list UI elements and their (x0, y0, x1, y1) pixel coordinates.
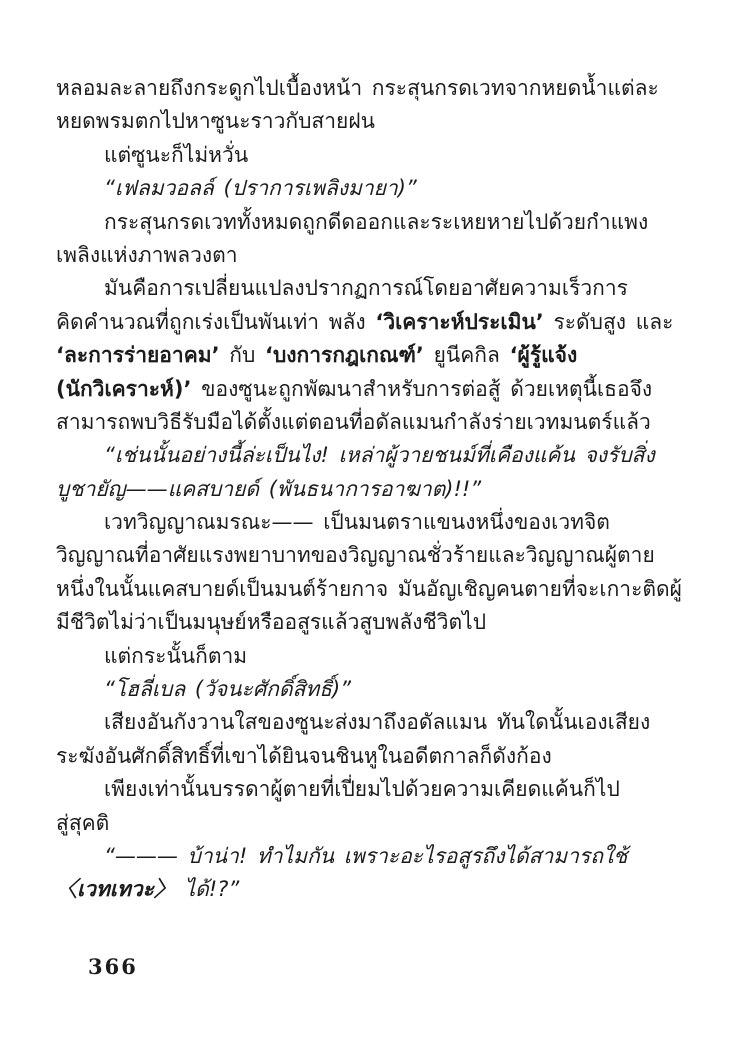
incantation-line: “เช่นนั้นอย่างนี้ล่ะเป็นไง! เหล่าผู้วายช… (56, 439, 654, 472)
text-segment: ยูนีคกิล (424, 343, 510, 367)
text-segment: ของซูนะถูกพัฒนาสำหรับการต่อสู้ ด้วยเหตุน… (191, 377, 652, 401)
page-number: 366 (88, 954, 138, 979)
skill-name: ‘ผู้รู้แจ้ง (510, 343, 578, 367)
text-segment: ระดับสูง และ (544, 310, 674, 334)
text-line: สามารถพบวิธีรับมือได้ตั้งแต่ตอนที่อดัลแม… (56, 406, 654, 439)
skill-name: ‘วิเคราะห์ประเมิน’ (375, 310, 543, 334)
book-page: หลอมละลายถึงกระดูกไปเบื้องหน้า กระสุนกรด… (0, 0, 738, 1051)
skill-name: ‘บงการกฎเกณฑ์’ (265, 343, 424, 367)
dialogue-line: 〈เวทเทวะ〉 ได้!?” (56, 873, 654, 906)
text-line: เพลิงแห่งภาพลวงตา (56, 239, 654, 272)
dialogue-line: “——— บ้าน่า! ทำไมกัน เพราะอะไรอสูรถึงได้… (56, 840, 654, 873)
text-line: กระสุนกรดเวททั้งหมดถูกดีดออกและระเหยหายไ… (56, 206, 654, 239)
incantation-line: บูชายัญ——แคสบายด์ (พันธนาการอาฆาต)!!” (56, 473, 654, 506)
text-line: วิญญาณที่อาศัยแรงพยาบาทของวิญญาณชั่วร้าย… (56, 539, 654, 572)
incantation-line: “เฟลมวอลล์ (ปราการเพลิงมายา)” (56, 172, 654, 205)
text-line: หนึ่งในนั้นแคสบายด์เป็นมนต์ร้ายกาจ มันอั… (56, 573, 654, 606)
body-text: หลอมละลายถึงกระดูกไปเบื้องหน้า กระสุนกรด… (56, 72, 654, 907)
text-line: แต่ซูนะก็ไม่หวั่น (56, 139, 654, 172)
text-line: หยดพรมตกไปหาซูนะราวกับสายฝน (56, 105, 654, 138)
text-segment: กับ (220, 343, 265, 367)
incantation-line: “โฮลี่เบล (วัจนะศักดิ์สิทธิ์)” (56, 673, 654, 706)
text-line: (นักวิเคราะห์)’ ของซูนะถูกพัฒนาสำหรับการ… (56, 373, 654, 406)
skill-name: ‘ละการร่ายอาคม’ (56, 343, 220, 367)
text-line: มีชีวิตไม่ว่าเป็นมนุษย์หรืออสูรแล้วสูบพล… (56, 606, 654, 639)
text-line: สู่สุคติ (56, 807, 654, 840)
text-line: เวทวิญญาณมรณะ—— เป็นมนตราแขนงหนึ่งของเวท… (56, 506, 654, 539)
text-line: ‘ละการร่ายอาคม’ กับ ‘บงการกฎเกณฑ์’ ยูนีค… (56, 339, 654, 372)
skill-name: 〈เวทเทวะ〉 (56, 877, 175, 901)
text-line: หลอมละลายถึงกระดูกไปเบื้องหน้า กระสุนกรด… (56, 72, 654, 105)
text-line: แต่กระนั้นก็ตาม (56, 640, 654, 673)
text-line: คิดคำนวณที่ถูกเร่งเป็นพันเท่า พลัง ‘วิเค… (56, 306, 654, 339)
text-line: เสียงอันกังวานใสของซูนะส่งมาถึงอดัลแมน ท… (56, 706, 654, 739)
text-segment: คิดคำนวณที่ถูกเร่งเป็นพันเท่า พลัง (56, 310, 375, 334)
text-line: ระฆังอันศักดิ์สิทธิ์ที่เขาได้ยินจนชินหูใ… (56, 740, 654, 773)
text-line: มันคือการเปลี่ยนแปลงปรากฏการณ์โดยอาศัยคว… (56, 272, 654, 305)
text-line: เพียงเท่านั้นบรรดาผู้ตายที่เปี่ยมไปด้วยค… (56, 773, 654, 806)
text-segment: ได้!?” (175, 877, 239, 901)
skill-name: (นักวิเคราะห์)’ (56, 377, 191, 401)
